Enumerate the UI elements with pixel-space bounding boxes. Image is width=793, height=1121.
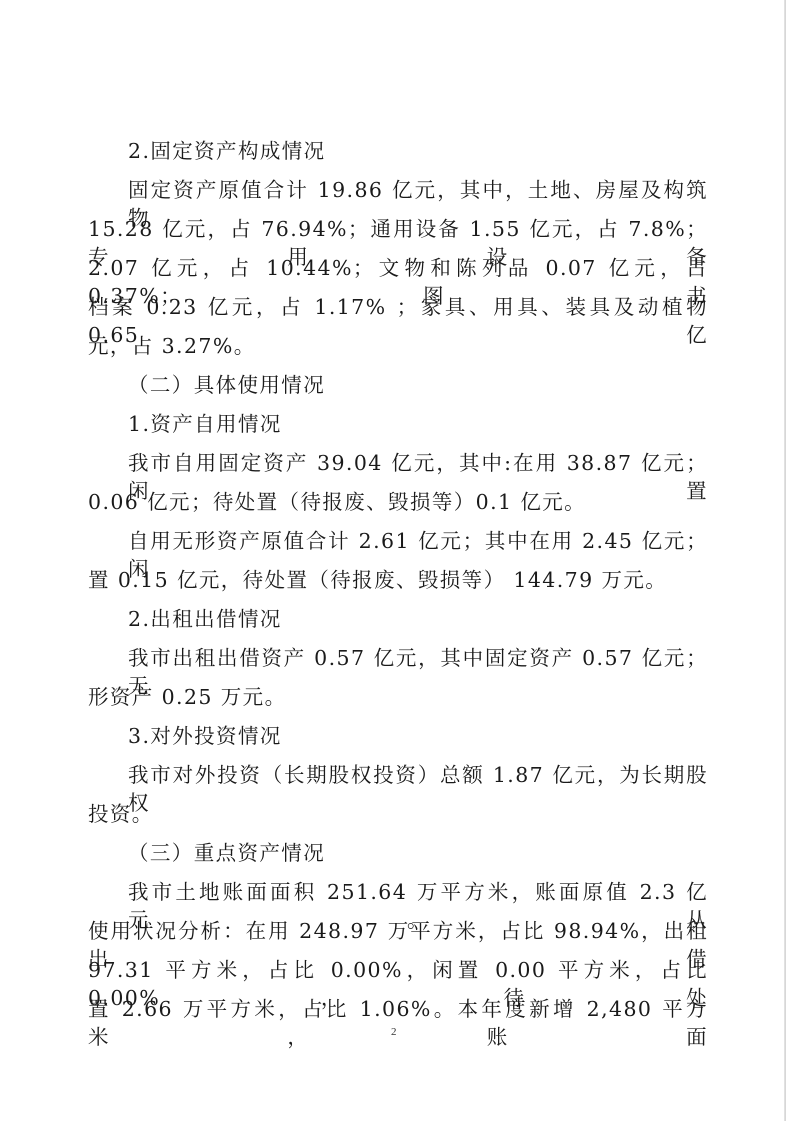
heading-self-use: 1.资产自用情况 [128,410,282,438]
heading-specific-usage: （二）具体使用情况 [128,371,325,399]
page-number: 2 [391,1026,397,1038]
paragraph-line: 置 2.66 万平方米，占比 1.06%。本年度新增 2,480 平方米，账面 [88,995,708,1023]
paragraph-line: 投资。 [88,800,154,828]
paragraph-line: 档案 0.23 亿元，占 1.17% ；家具、用具、装具及动植物 0.65 亿 [88,293,708,321]
paragraph-line: 2.07 亿元，占 10.44%；文物和陈列品 0.07 亿元，占 0.37%；… [88,254,708,282]
paragraph-line: 自用无形资产原值合计 2.61 亿元；其中在用 2.45 亿元；闲 [128,527,708,555]
paragraph-line: 97.31 平方米，占比 0.00%，闲置 0.00 平方米，占比 0.00%，… [88,956,708,984]
heading-key-assets: （三）重点资产情况 [128,839,325,867]
paragraph-line: 我市出租出借资产 0.57 亿元，其中固定资产 0.57 亿元；无 [128,644,708,672]
paragraph-line: 0.06 亿元；待处置（待报废、毁损等）0.1 亿元。 [88,488,586,516]
paragraph-line: 我市对外投资（长期股权投资）总额 1.87 亿元，为长期股权 [128,761,708,789]
paragraph-line: 我市自用固定资产 39.04 亿元，其中:在用 38.87 亿元；闲置 [128,449,708,477]
paragraph-line: 使用状况分析：在用 248.97 万平方米，占比 98.94%，出租出借 [88,917,708,945]
heading-lease-lending: 2.出租出借情况 [128,605,282,633]
scan-edge-line [784,0,786,1121]
paragraph-line: 15.28 亿元，占 76.94%；通用设备 1.55 亿元，占 7.8%；专用… [88,215,708,243]
document-page: 2.固定资产构成情况 固定资产原值合计 19.86 亿元，其中，土地、房屋及构筑… [0,0,793,1121]
heading-fixed-asset-composition: 2.固定资产构成情况 [128,137,326,165]
paragraph-line: 元，占 3.27%。 [88,332,256,360]
heading-external-investment: 3.对外投资情况 [128,722,282,750]
paragraph-line: 我市土地账面面积 251.64 万平方米，账面原值 2.3 亿元。从 [128,878,708,906]
paragraph-line: 置 0.15 亿元，待处置（待报废、毁损等） 144.79 万元。 [88,566,667,594]
paragraph-line: 形资产 0.25 万元。 [88,683,286,711]
paragraph-line: 固定资产原值合计 19.86 亿元，其中，土地、房屋及构筑物 [128,176,708,204]
